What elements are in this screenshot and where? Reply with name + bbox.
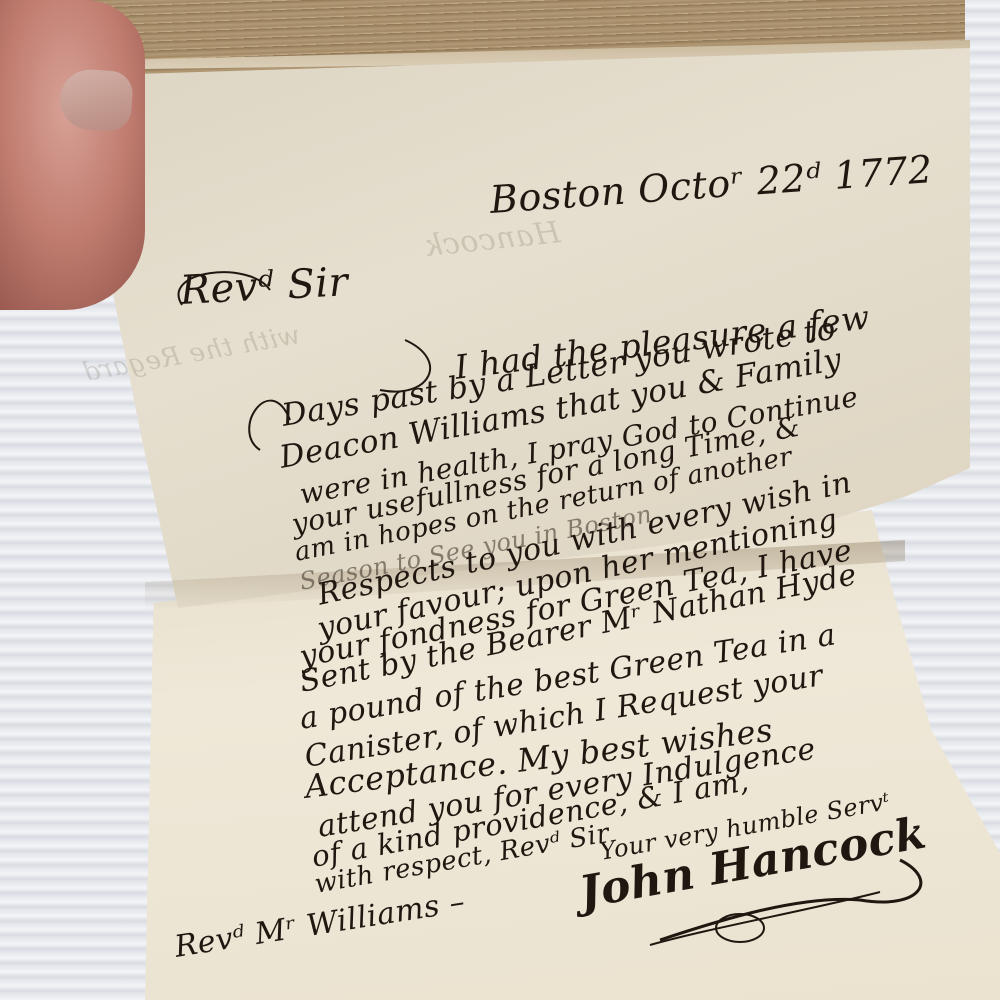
decorative-flourishes — [170, 250, 570, 950]
signature-flourish — [560, 840, 940, 960]
holding-hand — [0, 0, 145, 310]
